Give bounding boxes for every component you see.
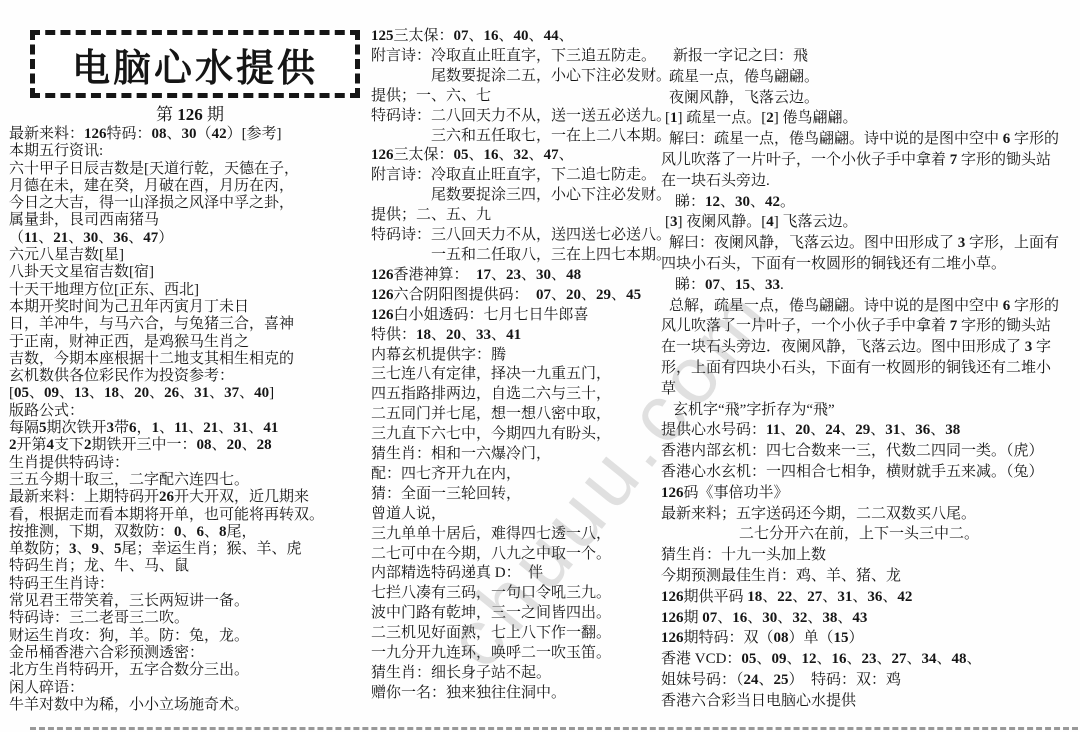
text-line: 形，上面有四块小石头，下面有一枚圆形的铜钱还有二堆小 [661,358,1077,379]
text-line: 126期供平码 18、22、27、31、36、42 [661,587,1077,608]
text-line: 本期五行资讯: [9,143,365,160]
text-line: 猜生肖：相和一六爆冷门， [371,445,665,465]
text-line: 2开第4支下2期铁开三中一：08、20、28 [9,437,365,454]
text-line: 特码诗：二八回天力不从，送一送五必送九。 [371,107,665,127]
text-line: 八卦天文星宿吉数[宿] [9,264,365,281]
text-line: 126码《事倍功半》 [661,483,1077,504]
text-line: 总解，疏星一点，倦鸟翩翩。诗中说的是图中空中 6 字形的 [661,296,1077,317]
text-line: 二三机见好面熟，七上八下作一翻。 [371,624,665,644]
text-line: 疏星一点，倦鸟翩翩。 [661,67,1077,88]
text-line: 风儿吹落了一片叶子，一个小伙子手中拿着 7 字形的锄头站 [661,150,1077,171]
text-line: 牛羊对数中为稀，小小立场施奇术。 [9,697,365,714]
text-line: （11、21、30、36、47） [9,230,365,247]
text-line: 126六合阴阳图提供码： 07、20、29、45 [371,286,665,306]
text-line: 月德在未，建在癸，月破在酉，月历在丙， [9,178,365,195]
text-line: 尾数要捉涂二五，小心下注必发财。 [371,67,665,87]
text-line: 风儿吹落了一片叶子，一个小伙子手中拿着 7 字形的锄头站 [661,316,1077,337]
text-line: 生肖提供特码诗： [9,455,365,472]
text-line: 二七分开六在前，上下一头三中二。 [661,524,1077,545]
text-line: 猜：全面一三轮回转， [371,485,665,505]
text-line: 配：四七齐开九在内， [371,465,665,485]
text-line: 金吊桶香港六合彩预测透密： [9,645,365,662]
text-line: 126三太保：05、16、32、47、 [371,146,665,166]
bottom-scan-line [30,727,1078,730]
text-line: 提供；一、六、七 [371,87,665,107]
text-line: 四五指路排两边，自选二六与三十， [371,385,665,405]
text-line: 版路公式： [9,403,365,420]
text-line: 特码生肖；龙、牛、马、鼠 [9,558,365,575]
text-line: 按推测，下期，双数防：0、6、8尾， [9,524,365,541]
text-line: 126白小姐透码：七月七日牛郎喜 [371,306,665,326]
right-column: 新报一字记之曰：飛疏星一点，倦鸟翩翩。夜阑风静，飞落云边。[1] 疏星一点。[2… [661,46,1077,712]
text-line: [3] 夜阑风静。[4] 飞落云边。 [661,212,1077,233]
title-box: 电脑心水提供 [30,30,360,98]
text-line: 126期特码：双（08）单（15） [661,628,1077,649]
text-line: 日，羊冲牛，与马六合，与兔猪三合，喜神 [9,316,365,333]
text-line: 125三太保：07、16、40、44、 [371,27,665,47]
text-line: 六元八星吉数[星] [9,247,365,264]
text-line: 在一块石头旁边．夜阑风静，飞落云边。图中田形成了 3 字 [661,337,1077,358]
text-line: 赠你一名：独来独往住洞中。 [371,684,665,704]
text-line: 玄机数供各位彩民作为投资参考： [9,368,365,385]
text-line: 看，根据走而看本期将开单，也可能将再转双。 [9,507,365,524]
text-line: 二五同门并七尾，想一想八密中取， [371,405,665,425]
text-line: 附言诗：冷取直止旺直字，下三追五防走。 [371,47,665,67]
text-line: 特码诗：三二老哥三二吹。 [9,610,365,627]
text-line: 126期 07、16、30、32、38、43 [661,608,1077,629]
text-line: 今期预测最佳生肖：鸡、羊、猪、龙 [661,566,1077,587]
text-line: 十天干地理方位[正东、西北] [9,282,365,299]
text-line: 附言诗：冷取直止旺直字，下二追七防走。 [371,166,665,186]
text-line: 解曰：疏星一点，倦鸟翩翩。诗中说的是图中空中 6 字形的 [661,129,1077,150]
text-line: 在一块石头旁边. [661,171,1077,192]
text-line: 睇：12、30、42。 [661,192,1077,213]
text-line: 波中门路有乾坤，三一之间皆四出。 [371,604,665,624]
text-line: 特码诗：三八回天力不从，送四送七必送八。 [371,226,665,246]
text-line: 香港内部玄机：四七合数来一三，代数二四同一类。（虎） [661,441,1077,462]
text-line: [05、09、13、18、20、26、31、37、40] [9,385,365,402]
text-line: 126香港神算： 17、23、30、48 [371,266,665,286]
text-line: 于正南，财神正西，是鸡猴马生肖之 [9,334,365,351]
text-line: 最新来料：126特码：08、30（42）[参考] [9,126,365,143]
text-line: 北方生肖特码开，五字合数分三出。 [9,662,365,679]
text-line: 玄机字“飛”字折存为“飛” [661,400,1077,421]
text-line: 内部精选特码递真 D： 伴 [371,564,665,584]
text-line: 七拦八凑有三码，一句口令吼三九。 [371,584,665,604]
text-line: 提供心水号码：11、20、24、29、31、36、38 [661,420,1077,441]
text-line: 猜生肖：十九一头加上数 [661,545,1077,566]
left-column: 最新来料：126特码：08、30（42）[参考]本期五行资讯:六十甲子日辰吉数是… [9,126,365,714]
text-line: 特供：18、20、33、41 [371,326,665,346]
text-line: 曾道人说， [371,505,665,525]
page-title: 电脑心水提供 [72,37,318,92]
text-line: 夜阑风静，飞落云边。 [661,88,1077,109]
issue-number: 第 126 期 [30,100,350,125]
text-line: 三九直下六七中，今期四九有盼头， [371,425,665,445]
text-line: 六十甲子日辰吉数是[天道行乾，天德在子， [9,161,365,178]
text-line: 草 [661,379,1077,400]
text-line: 财运生肖攻：狗，羊。防：兔，龙。 [9,628,365,645]
text-line: 二七可中在今期，八九之中取一个。 [371,545,665,565]
text-line: 最新来料；五字送码还今期，二二双数买八尾。 [661,504,1077,525]
text-line: 猜生肖：细长身子站不起。 [371,664,665,684]
text-line: 香港 VCD：05、09、12、16、23、27、34、48、 [661,649,1077,670]
text-line: 香港六合彩当日电脑心水提供 [661,691,1077,712]
text-line: 吉数，今期本座根据十二地支其相生相克的 [9,351,365,368]
scan-page: 电脑心水提供 第 126 期 最新来料：126特码：08、30（42）[参考]本… [0,0,1080,732]
text-line: 内幕玄机提供字：腾 [371,346,665,366]
text-line: 最新来料：上期特码开26开大开双，近几期来 [9,489,365,506]
text-line: 香港心水玄机：一四相合七相争，横财就手五来减。（兔） [661,462,1077,483]
text-line: 睇：07、15、33. [661,275,1077,296]
text-line: 提供；二、五、九 [371,206,665,226]
text-line: 尾数要捉涂三四，小心下注必发财。 [371,186,665,206]
text-line: 姐妹号码：（24、25） 特码：双：鸡 [661,670,1077,691]
text-line: [1] 疏星一点。[2] 倦鸟翩翩。 [661,108,1077,129]
text-line: 闲人碎语： [9,680,365,697]
text-line: 一五和二任取八，三在上四七本期。 [371,246,665,266]
text-line: 每隔5期次铁开3带6，1、11、21、31、41 [9,420,365,437]
text-line: 单数防；3、9、5尾；幸运生肖；猴、羊、虎 [9,541,365,558]
text-line: 今日之大吉，得一山泽损之风泽中孚之卦， [9,195,365,212]
text-line: 解曰：夜阑风静，飞落云边。图中田形成了 3 字形，上面有 [661,233,1077,254]
text-line: 三九单单十居后，难得四七透一八， [371,525,665,545]
text-line: 一九分开九连环，唤呼二一吹玉笛。 [371,644,665,664]
text-line: 三六和五任取七，一在上二八本期。 [371,127,665,147]
middle-column: 125三太保：07、16、40、44、附言诗：冷取直止旺直字，下三追五防走。尾数… [371,27,665,704]
text-line: 特码王生肖诗： [9,576,365,593]
text-line: 本期开奖时间为己丑年丙寅月丁未日 [9,299,365,316]
text-line: 三七连八有定律，择决一九重五门， [371,365,665,385]
text-line: 三五今期十取三，二字配六连四七。 [9,472,365,489]
text-line: 新报一字记之曰：飛 [661,46,1077,67]
text-line: 常见君王带笑着，三长两短讲一备。 [9,593,365,610]
text-line: 四块小石头，下面有一枚圆形的铜钱还有二堆小草。 [661,254,1077,275]
text-line: 属量卦，艮司西南猪马 [9,212,365,229]
